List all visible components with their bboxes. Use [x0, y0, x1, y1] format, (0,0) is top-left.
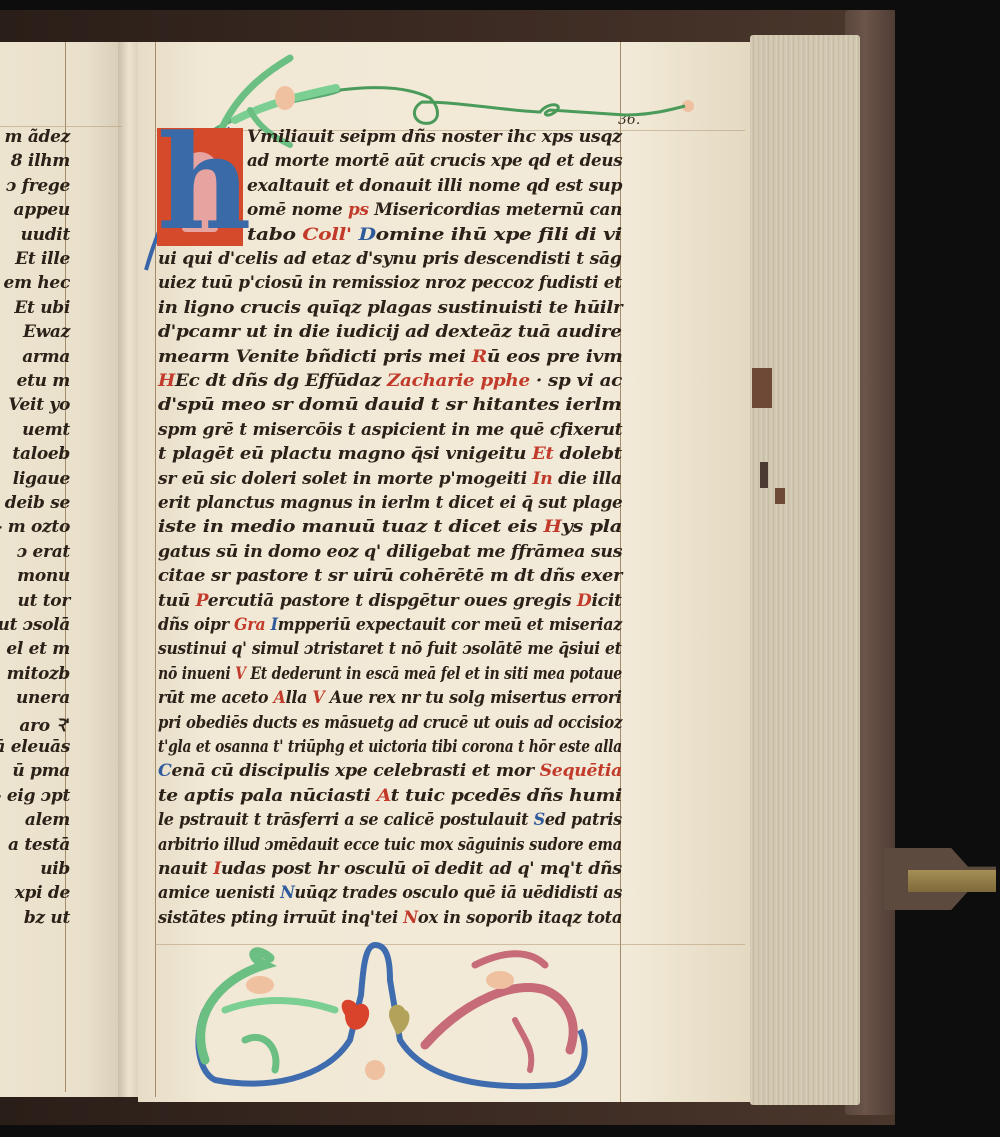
text-run: d'pcamr ut in die iudicij ad dexteāz tuā…: [158, 322, 622, 342]
manuscript-line: arbitrio illud ɔmēdauit ecce tuic mox sā…: [158, 835, 622, 855]
red-rubric-text: Sequētia: [540, 761, 623, 781]
left-page-line: bz ut: [24, 908, 70, 928]
blue-rubric-text: N: [280, 883, 294, 903]
red-rubric-text: A: [377, 786, 391, 806]
manuscript-line: t'gla et osanna t' triūphg et uictoria t…: [158, 737, 622, 757]
left-page-line: ut ɔsolā: [0, 615, 70, 635]
text-run: ed patris: [545, 810, 622, 830]
manuscript-line: spm grē t misercōis t aspicient in me qu…: [158, 420, 622, 440]
text-run: mpperiū expectauit cor meū et miseriaz: [278, 615, 622, 635]
left-page-line: ū pma: [12, 761, 70, 781]
text-run: lla: [286, 688, 313, 708]
text-run: ū eos pre ivm: [487, 347, 623, 367]
text-run: t tuic pcedēs dñs humi: [391, 786, 622, 806]
text-run: Et dederunt in escā meā fel et in siti m…: [246, 664, 622, 684]
text-run: exaltauit et donauit illi nome qd est su…: [247, 176, 622, 196]
manuscript-line: d'spū meo sr domū dauid t sr hitantes ie…: [158, 395, 622, 415]
left-page-line: - m ozto: [0, 517, 70, 537]
red-rubric-text: In: [532, 469, 552, 489]
red-rubric-text: Et: [532, 444, 554, 464]
text-run: d'spū meo sr domū dauid t sr hitantes ie…: [158, 395, 622, 415]
gutter: [118, 42, 140, 1097]
manuscript-line: ad morte mortē aūt crucis xpe qd et deus: [247, 151, 622, 171]
manuscript-line: nauit Iudas post hr osculū oī dedit ad q…: [158, 859, 622, 879]
text-run: ys pla: [561, 517, 622, 537]
text-run: ui qui d'celis ad etaz d'synu pris desce…: [158, 249, 622, 269]
left-page-line: arma: [22, 347, 70, 367]
left-page-line: monu: [17, 566, 70, 586]
manuscript-line: citae sr pastore t sr uirū cohērētē m dt…: [158, 566, 622, 586]
blue-rubric-text: D: [358, 225, 375, 245]
manuscript-line: mearm Venite bñdicti pris mei Rū eos pre…: [158, 347, 622, 367]
left-page-line: deib se: [5, 493, 70, 513]
text-run: uiez tuū p'ciosū in remissioz nroz pecco…: [158, 273, 622, 293]
left-page-line: uudit: [21, 225, 70, 245]
red-rubric-text: I: [213, 859, 221, 879]
text-run: t'gla et osanna t' triūphg et uictoria t…: [158, 737, 622, 757]
red-rubric-text: Coll': [302, 225, 351, 245]
page-tab[interactable]: [775, 488, 785, 504]
fore-edge-pages: [750, 35, 860, 1105]
left-page-line: aro Ꝛ': [19, 713, 70, 736]
left-page-line: etu m: [17, 371, 70, 391]
text-run: citae sr pastore t sr uirū cohērētē m dt…: [158, 566, 622, 586]
text-run: enā cū discipulis xpe celebrasti et mor: [171, 761, 539, 781]
left-page-line: em hec: [4, 273, 70, 293]
red-rubric-text: R: [472, 347, 487, 367]
text-run: sr eū sic doleri solet in morte p'mogeit…: [158, 469, 532, 489]
left-page-line: uemt: [22, 420, 70, 440]
text-run: nauit: [158, 859, 213, 879]
manuscript-line: Vmiliauit seipm dñs noster ihc xps usqz: [247, 127, 622, 147]
manuscript-line: erit planctus magnus in ierlm t dicet ei…: [158, 493, 622, 513]
manuscript-line: HEc dt dñs dg Effūdaz Zacharie pphe · sp…: [158, 371, 622, 391]
text-run: omē nome: [247, 200, 348, 220]
manuscript-line: iste in medio manuū tuaz t dicet eis Hys…: [158, 517, 622, 537]
left-page-line: ɔ erat: [17, 542, 70, 562]
red-rubric-text: Gra: [234, 615, 265, 635]
left-page-line: a testā: [8, 835, 70, 855]
text-run: icit: [591, 591, 621, 611]
red-rubric-text: H: [158, 371, 175, 391]
red-rubric-text: P: [196, 591, 208, 611]
text-run: uūqz trades osculo quē iā uēdidisti as: [295, 883, 623, 903]
left-page-line: jā eleuās: [0, 737, 70, 757]
left-page-line: xpi de: [15, 883, 70, 903]
red-rubric-text: ps: [348, 200, 369, 220]
manuscript-line: tuū Percutiā pastore t dispgētur oues gr…: [158, 591, 622, 611]
page-tab[interactable]: [752, 368, 772, 408]
text-run: sistātes pting irruūt inq'tei: [158, 908, 403, 928]
manuscript-line: in ligno crucis quīqz plagas sustinuisti…: [158, 298, 622, 318]
manuscript-line: tabo Coll' Domine ihū xpe fili di vi: [247, 225, 622, 245]
text-run: amice uenisti: [158, 883, 280, 903]
text-run: erit planctus magnus in ierlm t dicet ei…: [158, 493, 622, 513]
manuscript-line: gatus sū in domo eoz q' diligebat me ffr…: [158, 542, 622, 562]
text-run: nō inueni: [158, 664, 235, 684]
left-page-line: ɔ frege: [6, 176, 70, 196]
text-run: ox in soporib itaqz tota: [418, 908, 622, 928]
left-page-line: alem: [25, 810, 70, 830]
text-run: Aue rex nr tu solg misertus errori: [325, 688, 622, 708]
text-run: ad morte mortē aūt crucis xpe qd et deus: [247, 151, 622, 171]
manuscript-line: amice uenisti Nuūqz trades osculo quē iā…: [158, 883, 622, 903]
text-run: Vmiliauit seipm dñs noster ihc xps usqz: [247, 127, 622, 147]
left-page-line: uib: [40, 859, 70, 879]
text-run: tuū: [158, 591, 196, 611]
text-run: pri obediēs ducts es māsuetg ad crucē ut…: [158, 713, 622, 733]
text-run: · sp vi ac: [530, 371, 622, 391]
text-run: mearm Venite bñdicti pris mei: [158, 347, 472, 367]
text-run: Ec dt dñs dg Effūdaz: [175, 371, 387, 391]
text-run: Misericordias meternū can: [369, 200, 622, 220]
manuscript-line: uiez tuū p'ciosū in remissioz nroz pecco…: [158, 273, 622, 293]
text-run: spm grē t misercōis t aspicient in me qu…: [158, 420, 622, 440]
red-rubric-text: Zacharie pphe: [387, 371, 530, 391]
left-page-line: Et ubi: [14, 298, 70, 318]
manuscript-line: Cenā cū discipulis xpe celebrasti et mor…: [158, 761, 622, 781]
manuscript-line: sistātes pting irruūt inq'tei Nox in sop…: [158, 908, 622, 928]
left-page-line: Veit yo: [8, 395, 70, 415]
red-rubric-text: D: [577, 591, 592, 611]
manuscript-line: sr eū sic doleri solet in morte p'mogeit…: [158, 469, 622, 489]
manuscript-line: t plagēt eū plactu magno q̄si vnigeitu E…: [158, 444, 622, 464]
manuscript-line: rūt me aceto Alla V Aue rex nr tu solg m…: [158, 688, 622, 708]
text-run: in ligno crucis quīqz plagas sustinuisti…: [158, 298, 622, 318]
text-run: gatus sū in domo eoz q' diligebat me ffr…: [158, 542, 622, 562]
left-page-line: taloeb: [12, 444, 70, 464]
manuscript-line: nō inueni V Et dederunt in escā meā fel …: [158, 664, 622, 684]
text-run: iste in medio manuū tuaz t dicet eis: [158, 517, 543, 537]
left-page-line: Ewaz: [23, 322, 70, 342]
red-rubric-text: H: [543, 517, 561, 537]
page-tab[interactable]: [760, 462, 768, 488]
left-page-line: ut tor: [18, 591, 70, 611]
left-page-line: m ãdez: [5, 127, 70, 147]
text-run: te aptis pala nūciasti: [158, 786, 377, 806]
text-run: sustinui q' simul ɔtristaret t nō fuit ɔ…: [158, 639, 622, 659]
manuscript-line: sustinui q' simul ɔtristaret t nō fuit ɔ…: [158, 639, 622, 659]
manuscript-line: ui qui d'celis ad etaz d'synu pris desce…: [158, 249, 622, 269]
manuscript-line: le pstrauit t trāsferri a se calicē post…: [158, 810, 622, 830]
text-run: tabo: [247, 225, 302, 245]
left-page-line: unera: [16, 688, 70, 708]
red-rubric-text: V: [235, 664, 246, 684]
manuscript-line: dñs oipr Gra Impperiū expectauit cor meū…: [158, 615, 622, 635]
text-run: die illa: [552, 469, 621, 489]
text-run: ercutiā pastore t dispgētur oues gregis: [208, 591, 577, 611]
left-page-line: Et ille: [15, 249, 70, 269]
decorated-initial: h: [157, 118, 243, 248]
manuscript-line: te aptis pala nūciasti At tuic pcedēs dñ…: [158, 786, 622, 806]
left-page-line: mitozb: [7, 664, 70, 684]
left-page-line: el et m: [6, 639, 70, 659]
text-run: dolebt: [554, 444, 622, 464]
clasp-brass-plate: [908, 870, 996, 892]
bottom-foliage-border: [185, 940, 605, 1100]
text-run: [352, 225, 359, 245]
manuscript-line: exaltauit et donauit illi nome qd est su…: [247, 176, 622, 196]
text-run: omine ihū xpe fili di vi: [376, 225, 622, 245]
blue-rubric-text: S: [534, 810, 545, 830]
red-rubric-text: V: [312, 688, 324, 708]
red-rubric-text: A: [273, 688, 285, 708]
text-run: rūt me aceto: [158, 688, 273, 708]
text-run: dñs oipr: [158, 615, 234, 635]
text-run: t plagēt eū plactu magno q̄si vnigeitu: [158, 444, 532, 464]
left-page-line: ligaue: [13, 469, 70, 489]
text-run: arbitrio illud ɔmēdauit ecce tuic mox sā…: [158, 835, 622, 855]
left-page-line: 8 ilhm: [11, 151, 70, 171]
red-rubric-text: N: [403, 908, 418, 928]
left-page-line: - eig ɔpt: [0, 786, 70, 806]
blue-rubric-text: C: [158, 761, 171, 781]
manuscript-line: omē nome ps Misericordias meternū can: [247, 200, 622, 220]
text-run: udas post hr osculū oī dedit ad q' mq't …: [221, 859, 622, 879]
manuscript-line: pri obediēs ducts es māsuetg ad crucē ut…: [158, 713, 622, 733]
text-run: le pstrauit t trāsferri a se calicē post…: [158, 810, 534, 830]
manuscript-line: d'pcamr ut in die iudicij ad dexteāz tuā…: [158, 322, 622, 342]
left-page-line: appeu: [14, 200, 70, 220]
